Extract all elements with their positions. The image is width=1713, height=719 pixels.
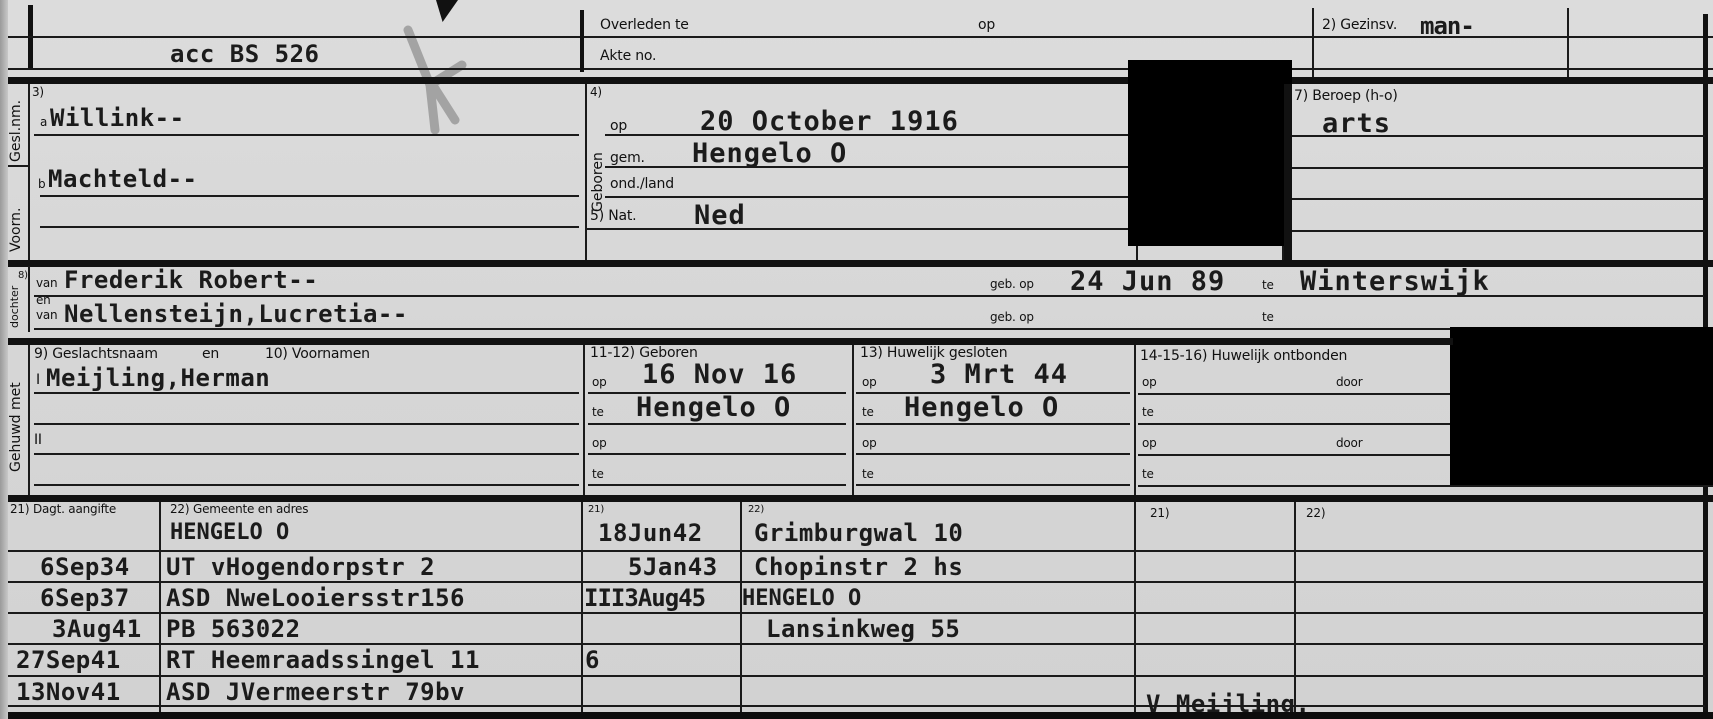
divider [34,484,579,486]
father-geb-op-label: geb. op [990,277,1034,291]
divider [8,550,1705,552]
ontbonden-header: 14-15-16) Huwelijk ontbonden [1140,348,1347,364]
address2-row-4-date: 6 [585,646,600,674]
address-row-1-address: UT vHogendorpstr 2 [166,553,435,581]
marriage2-te-label: te [862,467,874,481]
address-row-4-date: 27Sep41 [16,646,121,674]
divider [8,68,1713,70]
divider [8,675,1705,677]
van2-label: van [36,308,57,322]
parents-section-number: 8) [18,270,28,281]
address-row-0-address: HENGELO O [170,520,289,545]
divider [8,643,1705,645]
col1-address-header: 22) Gemeente en adres [170,502,308,516]
col2-address-header: 22) [748,504,764,515]
gezinsv-value: man- [1420,12,1474,40]
surname-value: Willink-- [50,104,185,132]
divorce1-op-label: op [1142,375,1157,389]
spouse1-te-label: te [592,405,604,419]
divider [1294,502,1296,719]
spouse1-birth-date-value: 16 Nov 16 [642,359,797,390]
address2-row-0-date: 18Jun42 [598,519,703,547]
divider [585,228,1130,230]
names-section-number: 3) [32,85,44,99]
divider [1138,423,1450,425]
spouse1-value: Meijling,Herman [46,364,270,392]
gesl-side-label: Gesl.nm. [8,100,24,162]
marriage-voornamen-header: 10) Voornamen [265,346,370,362]
paper-tear [436,0,458,22]
registration-card: acc BS 526 Overleden te op Akte no. 2) G… [0,0,1713,719]
divorce1-door-label: door [1336,375,1362,389]
divorce2-op-label: op [1142,436,1157,450]
divider [34,134,579,136]
address2-row-0-address: Grimburgwal 10 [754,519,963,547]
divorce1-te-label: te [1142,405,1154,419]
birth-ond-label: ond./land [610,176,674,192]
gehuwd-side-label: Gehuwd met [8,382,24,472]
given-names-value: Machteld-- [48,165,198,193]
divider [8,165,30,167]
col2-date-header: 21) [588,504,604,515]
col3-address-header: 22) [1306,506,1325,520]
address-row-1-date: 6Sep34 [40,553,130,581]
divider [8,612,1705,614]
divider [581,502,583,719]
divorce2-door-label: door [1336,436,1362,450]
marriage2-op-label: op [862,436,877,450]
divider [34,392,579,394]
marriage-en-header: en [202,346,219,362]
roman-i-label: I [36,372,40,388]
overleden-op-label: op [978,17,995,33]
nationality-label: 5) Nat. [590,208,636,224]
akte-no-label: Akte no. [600,48,656,64]
dochter-side-label: dochter [8,286,21,328]
geboren-side-label: Geboren [590,152,606,212]
address2-row-1-date: 5Jan43 [628,553,718,581]
divider [1134,502,1136,719]
birth-gem-label: gem. [610,150,645,166]
col1-date-header: 21) Dagt. aangifte [10,502,116,516]
marriage1-date-value: 3 Mrt 44 [930,359,1068,390]
address-row-5-date: 13Nov41 [16,678,121,706]
divider [605,166,1130,168]
address-row-5-address: ASD JVermeerstr 79bv [166,678,465,706]
overleden-te-label: Overleden te [600,17,689,33]
divider [40,226,579,228]
gezinsv-label: 2) Gezinsv. [1322,17,1397,33]
card-left-edge [0,0,8,719]
marriage1-te-label: te [862,405,874,419]
address-row-4-address: RT Heemraadssingel 11 [166,646,480,674]
spouse2-te-label: te [592,467,604,481]
address-row-3-date: 3Aug41 [52,615,142,643]
address-row-3-address: PB 563022 [166,615,301,643]
nationality-value: Ned [694,200,746,231]
divider [583,345,585,495]
divider [1292,167,1705,169]
marriage1-place-value: Hengelo O [904,392,1059,423]
father-name-value: Frederik Robert-- [64,266,318,294]
mother-te-label: te [1262,310,1274,324]
marriage-surname-header: 9) Geslachtsnaam [34,346,158,362]
a-marker: a [40,115,47,129]
divider [856,453,1130,455]
b-marker: b [38,177,45,191]
divider [856,484,1130,486]
spouse2-op-label: op [592,436,607,450]
occupation-label: 7) Beroep (h-o) [1294,88,1398,104]
divider [852,345,854,495]
divider [856,423,1130,425]
divider [1567,8,1569,80]
birth-section-number: 4) [590,85,602,99]
father-te-label: te [1262,278,1274,292]
divider [588,423,846,425]
marriage1-op-label: op [862,375,877,389]
divider [1292,230,1705,232]
divider [1138,485,1713,487]
divider [605,134,1130,136]
spouse1-op-label: op [592,375,607,389]
divider [1292,198,1705,200]
divider [8,77,1713,84]
card-bottom-edge [0,712,1713,719]
divider [8,338,1453,345]
divider [28,84,30,260]
divider [34,423,579,425]
divider [34,453,579,455]
col3-date-header: 21) [1150,506,1169,520]
accession-number: acc BS 526 [170,40,320,68]
divider [588,453,846,455]
divider [605,196,1130,198]
address2-row-1-address: Chopinstr 2 hs [754,553,963,581]
divider [585,84,587,260]
mother-geb-op-label: geb. op [990,310,1034,324]
divider [1284,84,1292,260]
birth-date-value: 20 October 1916 [700,106,959,137]
redacted-area [1450,327,1713,487]
divider [40,195,579,197]
divider [28,345,30,495]
spouse1-birth-place-value: Hengelo O [636,392,791,423]
birth-place-value: Hengelo O [692,138,847,169]
father-birth-place-value: Winterswijk [1300,266,1490,297]
divider [8,581,1705,583]
mother-name-value: Nellensteijn,Lucretia-- [64,300,408,328]
address-row-2-date: 6Sep37 [40,584,130,612]
birth-op-label: op [610,118,627,134]
address-row-2-address: ASD NweLooiersstr156 [166,584,465,612]
father-birth-date-value: 24 Jun 89 [1070,266,1225,297]
address2-row-3-address: Lansinkweg 55 [766,615,960,643]
address2-row-2-address: HENGELO O [742,586,861,611]
divider [1138,393,1450,395]
divider [8,495,1713,502]
address2-row-2-date: III3Aug45 [584,584,705,612]
divider [588,484,846,486]
divider [28,266,30,332]
divider [1292,135,1705,137]
voorn-side-label: Voorn. [8,208,24,252]
van1-label: van [36,276,57,290]
redacted-photo-area [1128,60,1292,246]
divider [1312,8,1314,80]
divider [159,502,161,719]
divider [1136,246,1138,260]
divider [580,10,584,72]
roman-ii-label: II [34,432,42,448]
divorce2-te-label: te [1142,467,1154,481]
divider [1138,454,1450,456]
en-label: en [36,293,51,307]
divider [1134,345,1136,495]
